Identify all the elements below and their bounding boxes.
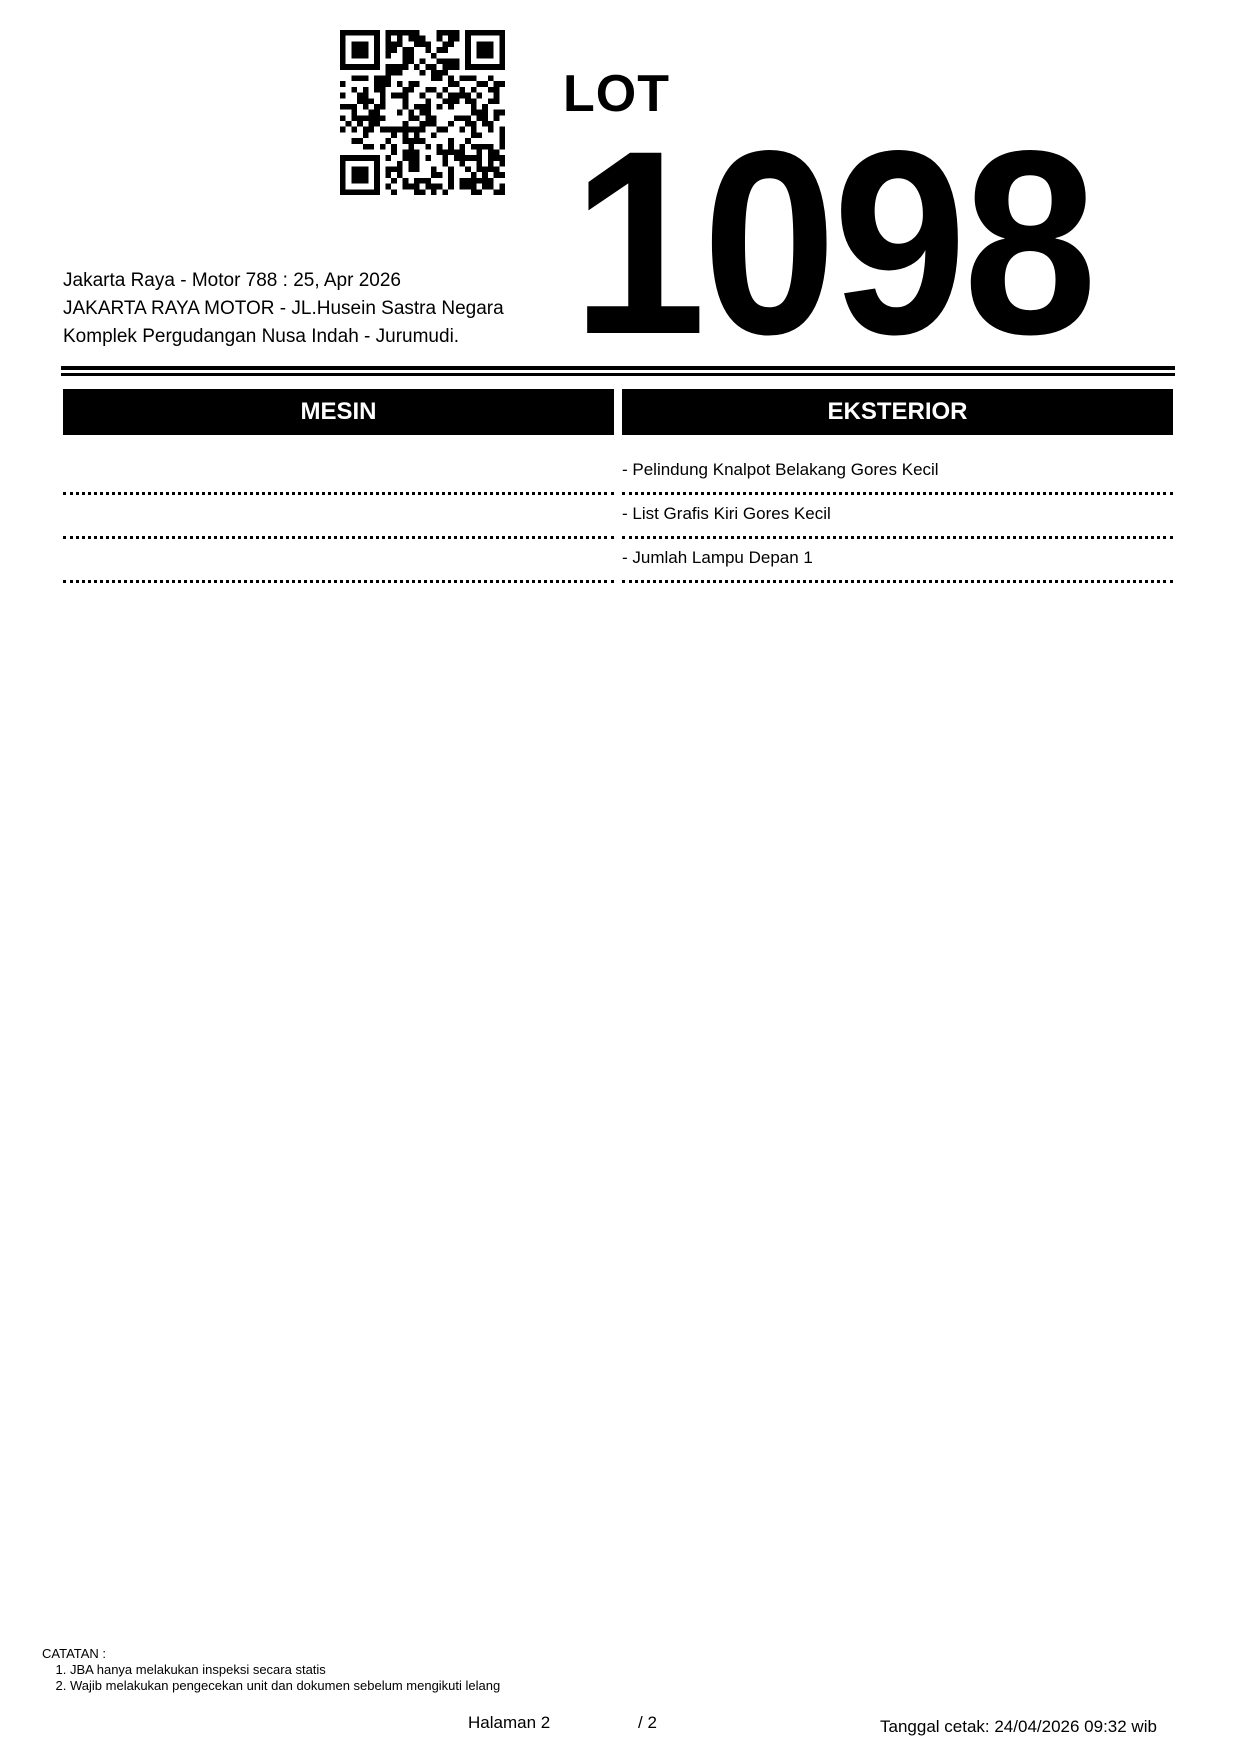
list-item (63, 495, 614, 539)
list-item: - List Grafis Kiri Gores Kecil (622, 495, 1173, 539)
print-date: Tanggal cetak: 24/04/2026 09:32 wib (880, 1717, 1157, 1737)
list-item (63, 539, 614, 583)
note-item: Wajib melakukan pengecekan unit dan doku… (70, 1678, 500, 1694)
header-divider (61, 373, 1175, 376)
section-eksterior: EKSTERIOR - Pelindung Knalpot Belakang G… (622, 389, 1173, 583)
note-item: JBA hanya melakukan inspeksi secara stat… (70, 1662, 500, 1678)
page-label: Halaman 2 (468, 1713, 550, 1732)
notes-title: CATATAN : (42, 1646, 500, 1662)
qr-code-icon (340, 30, 505, 195)
header-divider (61, 366, 1175, 370)
list-item: - Pelindung Knalpot Belakang Gores Kecil (622, 435, 1173, 495)
auction-info: Jakarta Raya - Motor 788 : 25, Apr 2026 … (63, 267, 504, 351)
notes: CATATAN : JBA hanya melakukan inspeksi s… (42, 1646, 500, 1694)
list-item: - Jumlah Lampu Depan 1 (622, 539, 1173, 583)
page-indicator: Halaman 2 / 2 (468, 1713, 550, 1733)
auction-address-line-1: JAKARTA RAYA MOTOR - JL.Husein Sastra Ne… (63, 295, 504, 323)
section-header: MESIN (63, 389, 614, 435)
list-item (63, 435, 614, 495)
lot-number: 1098 (572, 112, 1094, 374)
section-mesin: MESIN (63, 389, 614, 583)
inspection-sections: MESIN EKSTERIOR - Pelindung Knalpot Bela… (63, 389, 1173, 583)
auction-title: Jakarta Raya - Motor 788 : 25, Apr 2026 (63, 267, 504, 295)
auction-address-line-2: Komplek Pergudangan Nusa Indah - Jurumud… (63, 323, 504, 351)
section-header: EKSTERIOR (622, 389, 1173, 435)
page-total: / 2 (638, 1713, 657, 1733)
